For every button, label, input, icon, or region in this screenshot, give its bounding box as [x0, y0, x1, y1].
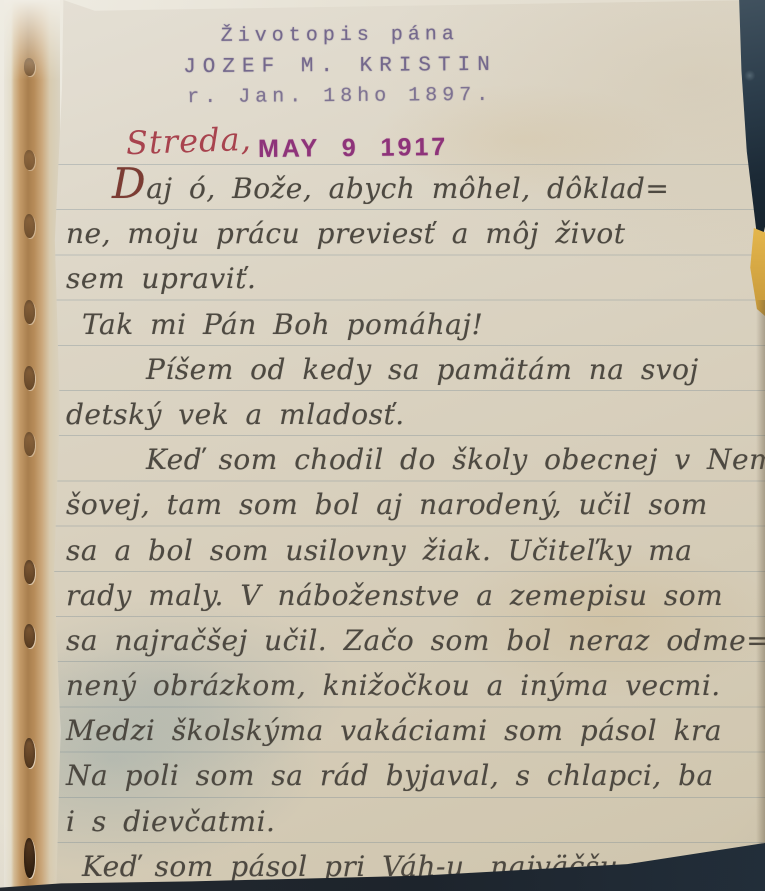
handwriting-line: sa najračšej učil. Začo som bol neraz od…	[66, 618, 765, 663]
stitch-hole	[24, 300, 35, 324]
handwriting-line: Píšem od kedy sa pamätám na svoj	[146, 347, 765, 392]
stitch-hole	[24, 58, 35, 76]
handwriting-line: Keď som chodil do školy obecnej v Nem=	[146, 437, 765, 482]
handwriting-line: sa a bol som usilovny žiak. Učiteľky ma	[66, 528, 765, 573]
date-stamp: MAY 9 1917	[258, 133, 449, 164]
handwriting-line: i s dievčatmi.	[66, 799, 765, 844]
stamp-birthdate: r. Jan. 18ho 1897.	[140, 84, 540, 110]
photo-frame: Životopis pána JOZEF M. KRISTIN r. Jan. …	[0, 0, 765, 891]
handwriting-line: nený obrázkom, knižočkou a inýma vecmi.	[66, 663, 765, 708]
stitch-hole	[24, 150, 35, 170]
handwriting-line: Tak mi Pán Boh pomáhaj!	[82, 302, 765, 347]
stitch-hole	[24, 366, 35, 390]
stitch-hole	[24, 738, 35, 768]
notebook-page: Životopis pána JOZEF M. KRISTIN r. Jan. …	[52, 0, 765, 891]
handwriting-lines: Daj ó, Bože, abych môhel, dôklad=ne, moj…	[66, 166, 765, 889]
handwriting-line: sem upraviť.	[66, 256, 765, 301]
header-stamp: Životopis pána JOZEF M. KRISTIN r. Jan. …	[140, 23, 541, 110]
handwriting-line: šovej, tam som bol aj narodený, učil som	[66, 482, 765, 527]
stamp-name: JOZEF M. KRISTIN	[140, 54, 540, 80]
handwriting-line: Daj ó, Bože, abych môhel, dôklad=	[112, 166, 765, 211]
stamp-title: Životopis pána	[140, 23, 540, 49]
notebook-binding	[4, 0, 60, 891]
handwriting-line: rady maly. V náboženstve a zemepisu som	[66, 573, 765, 618]
handwriting-line: Medzi školskýma vakáciami som pásol kra	[66, 708, 765, 753]
stitch-hole	[24, 838, 35, 878]
stitch-hole	[24, 560, 35, 584]
stitch-hole	[24, 214, 35, 238]
handwritten-day: Streda,	[125, 120, 252, 162]
handwriting-line: detský vek a mladosť.	[66, 392, 765, 437]
stitch-hole	[24, 624, 35, 648]
handwriting-line: Na poli som sa rád byjaval, s chlapci, b…	[66, 753, 765, 798]
handwriting-line: ne, moju prácu previesť a môj život	[66, 211, 765, 256]
page-edge-shadow	[756, 300, 765, 847]
stitch-hole	[24, 432, 35, 456]
